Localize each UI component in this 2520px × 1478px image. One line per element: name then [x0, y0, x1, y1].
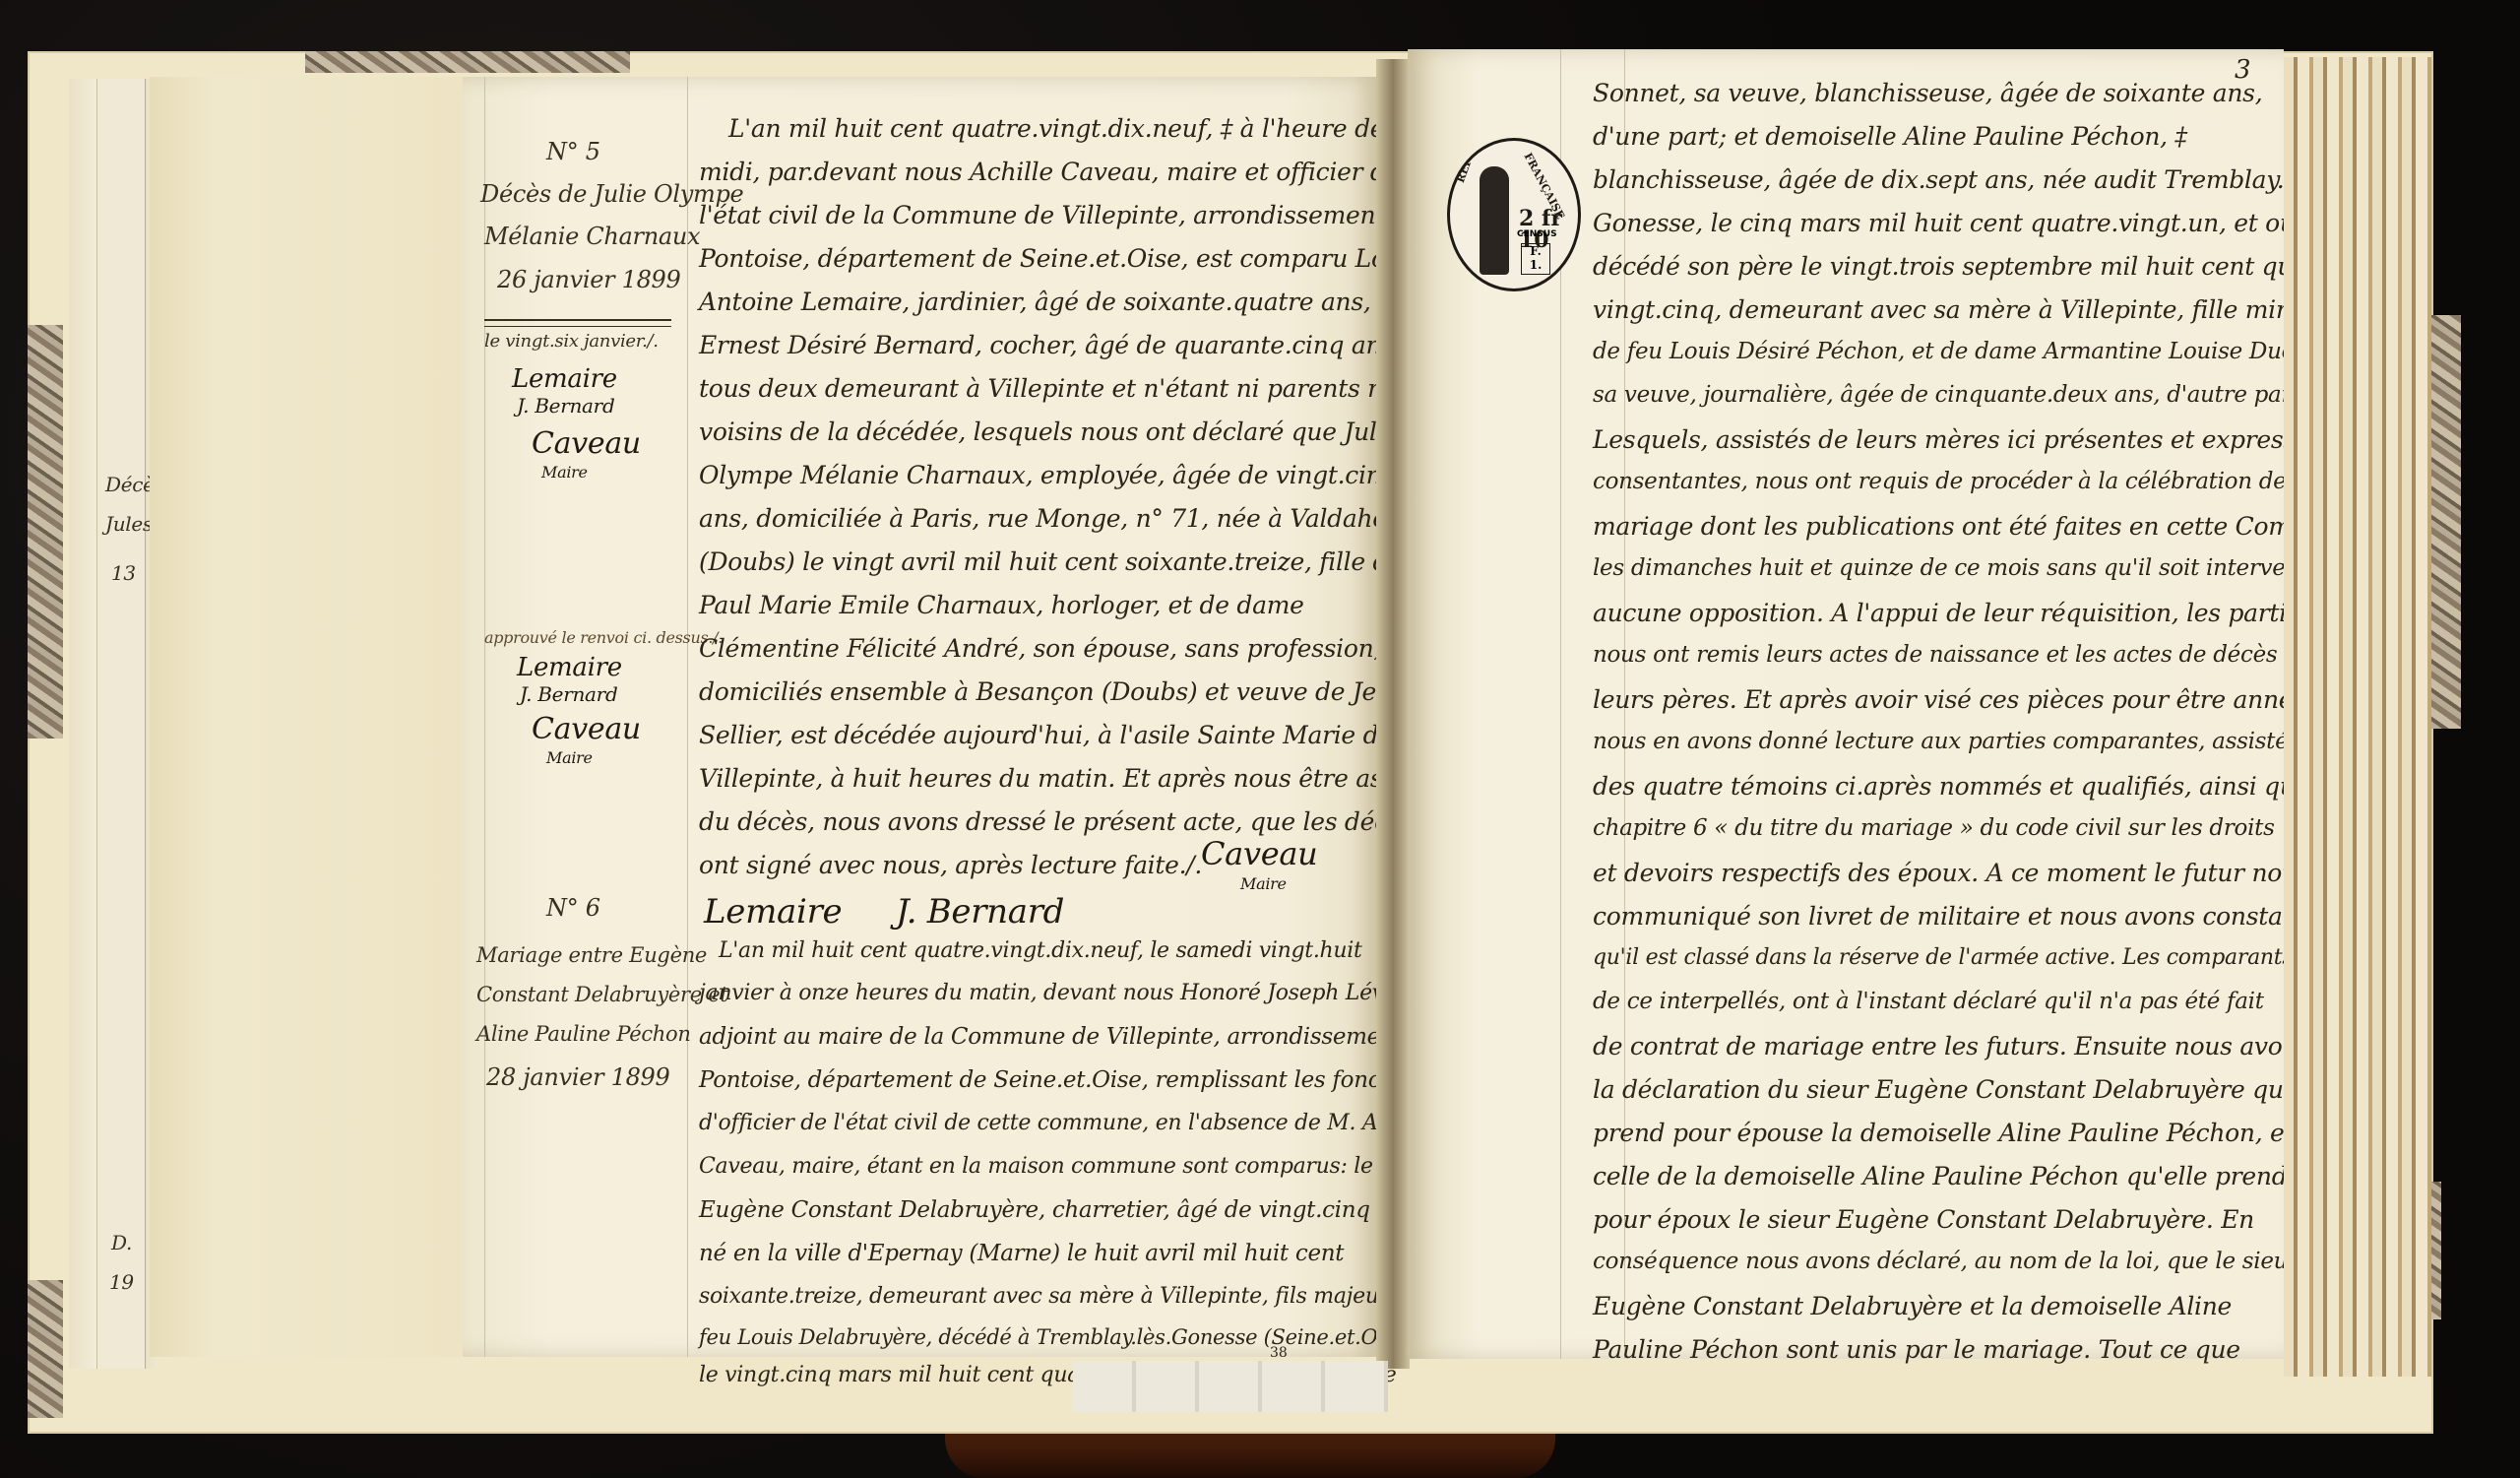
signature-bernard: J. Bernard: [517, 394, 614, 418]
stamp-subtext: CENSUS: [1517, 229, 1557, 239]
text-line: Caveau, maire, étant en la maison commun…: [699, 1154, 1433, 1179]
blank-flyleaf: [150, 77, 474, 1357]
marbled-cover-left-bottom: [28, 1280, 63, 1418]
act-title-line: Mélanie Charnaux: [484, 223, 700, 250]
margin-note: le vingt.six janvier./.: [484, 331, 659, 352]
marbled-cover-left: [28, 325, 63, 739]
text-line: sa veuve, journalière, âgée de cinquante…: [1593, 382, 2307, 408]
act-title-line: Constant Delabruyère et: [476, 983, 728, 1006]
text-line: ans, domiciliée à Paris, rue Monge, n° 7…: [699, 504, 1403, 533]
text-line: décédé son père le vingt.trois septembre…: [1593, 252, 2350, 281]
approval-note: approuvé le renvoi ci. dessus./.: [484, 628, 723, 647]
text-line: de ce interpellés, ont à l'instant décla…: [1593, 989, 2264, 1014]
marbled-cover-top-left: [305, 51, 630, 73]
stub-text: D.: [111, 1231, 132, 1254]
text-line: vingt.cinq, demeurant avec sa mère à Vil…: [1593, 295, 2347, 324]
text-line: du décès, nous avons dressé le présent a…: [699, 807, 1473, 836]
text-line: aucune opposition. A l'appui de leur réq…: [1593, 599, 2313, 627]
divider-line: [484, 319, 671, 321]
text-line: Lesquels, assistés de leurs mères ici pr…: [1593, 425, 2372, 454]
signature-caveau: Caveau: [532, 712, 641, 746]
signature-maire: Maire: [546, 748, 593, 767]
stamp-box: F. 1.: [1521, 243, 1550, 275]
page-tabs-bottom: [1073, 1361, 1388, 1412]
text-line: consentantes, nous ont requis de procéde…: [1593, 469, 2338, 494]
text-line: janvier à onze heures du matin, devant n…: [699, 981, 1443, 1005]
act-title-line: Mariage entre Eugène: [476, 943, 707, 967]
margin-rule: [484, 77, 485, 1357]
stub-number: 19: [109, 1270, 134, 1294]
text-line: chapitre 6 « du titre du mariage » du co…: [1593, 815, 2275, 841]
margin-rule: [687, 77, 688, 1357]
stub-strip: Décè Jules 13 D. 19: [96, 79, 146, 1369]
text-line: des quatre témoins ci.après nommés et qu…: [1593, 772, 2348, 801]
text-line: Villepinte, à huit heures du matin. Et a…: [699, 764, 1436, 793]
text-line: adjoint au maire de la Commune de Villep…: [699, 1024, 1437, 1050]
text-line: qu'il est classé dans la réserve de l'ar…: [1593, 945, 2299, 970]
signature-caveau: Caveau: [532, 426, 641, 461]
text-line: blanchisseuse, âgée de dix.sept ans, née…: [1593, 165, 2326, 194]
text-line: nous ont remis leurs actes de naissance …: [1593, 642, 2311, 668]
text-line: d'une part; et demoiselle Aline Pauline …: [1593, 122, 2187, 151]
text-line: ont signé avec nous, après lecture faite…: [699, 851, 1202, 879]
text-line: Antoine Lemaire, jardinier, âgé de soixa…: [699, 288, 1402, 316]
text-line: Eugène Constant Delabruyère et la demois…: [1593, 1292, 2232, 1320]
act-date: 26 janvier 1899: [497, 266, 681, 293]
text-line: Olympe Mélanie Charnaux, employée, âgée …: [699, 461, 1397, 489]
act-date: 28 janvier 1899: [486, 1063, 670, 1091]
left-page-stub: Décè Jules 13 D. 19: [69, 79, 157, 1369]
signature-lemaire: Lemaire: [512, 364, 617, 394]
signature-lemaire: Lemaire: [517, 653, 622, 682]
text-line: nous en avons donné lecture aux parties …: [1593, 729, 2312, 754]
text-line: communiqué son livret de militaire et no…: [1593, 902, 2306, 931]
text-line: né en la ville d'Epernay (Marne) le huit…: [699, 1241, 1344, 1266]
text-line: feu Louis Delabruyère, décédé à Tremblay…: [699, 1325, 1414, 1349]
act-title-line: Aline Pauline Péchon: [476, 1022, 691, 1046]
marianne-justice-icon: [1480, 166, 1509, 275]
folio-mark: 38: [1270, 1345, 1288, 1361]
text-line: l'état civil de la Commune de Villepinte…: [699, 201, 1422, 229]
book-gutter: [1376, 59, 1410, 1369]
signature-bernard: J. Bernard: [896, 892, 1064, 932]
text-line: et devoirs respectifs des époux. A ce mo…: [1593, 859, 2332, 887]
stub-number: 13: [111, 561, 136, 585]
act-number: N° 5: [546, 138, 600, 165]
act-number: N° 6: [546, 894, 600, 922]
page-fore-edge: [2284, 57, 2431, 1377]
signature-maire: Maire: [541, 463, 588, 482]
stub-text: Décè: [105, 473, 155, 496]
text-line: Paul Marie Emile Charnaux, horloger, et …: [699, 591, 1304, 619]
fiscal-stamp: RÉPUBLIQUE FRANÇAISE 2 fr 10 CENSUS F. 1…: [1447, 138, 1581, 291]
text-line: de contrat de mariage entre les futurs. …: [1593, 1032, 2372, 1060]
text-line: conséquence nous avons déclaré, au nom d…: [1593, 1249, 2299, 1274]
text-line: Sellier, est décédée aujourd'hui, à l'as…: [699, 721, 1393, 749]
signature-bernard: J. Bernard: [520, 682, 617, 706]
signature-caveau: Caveau: [1201, 835, 1317, 872]
text-line: soixante.treize, demeurant avec sa mère …: [699, 1284, 1421, 1309]
text-line: Eugène Constant Delabruyère, charretier,…: [699, 1197, 1422, 1223]
stub-text: Jules: [105, 512, 153, 536]
text-line: midi, par.devant nous Achille Caveau, ma…: [699, 158, 1400, 186]
text-line: L'an mil huit cent quatre.vingt.dix.neuf…: [719, 938, 1362, 963]
text-line: Gonesse, le cinq mars mil huit cent quat…: [1593, 209, 2339, 237]
divider-line: [484, 326, 671, 327]
text-line: voisins de la décédée, lesquels nous ont…: [699, 418, 1399, 446]
text-line: Pontoise, département de Seine.et.Oise, …: [699, 1067, 1435, 1093]
text-line: (Doubs) le vingt avril mil huit cent soi…: [699, 547, 1403, 576]
text-line: L'an mil huit cent quatre.vingt.dix.neuf…: [728, 114, 1384, 143]
text-line: de feu Louis Désiré Péchon, et de dame A…: [1593, 339, 2351, 364]
text-line: leurs pères. Et après avoir visé ces piè…: [1593, 685, 2355, 714]
text-line: Pontoise, département de Seine.et.Oise, …: [699, 244, 1421, 273]
text-line: Pauline Péchon sont unis par le mariage.…: [1593, 1335, 2240, 1364]
text-line: les dimanches huit et quinze de ce mois …: [1593, 555, 2314, 581]
signature-maire: Maire: [1240, 874, 1287, 893]
text-line: la déclaration du sieur Eugène Constant …: [1593, 1075, 2305, 1104]
text-line: Clémentine Félicité André, son épouse, s…: [699, 634, 1381, 663]
text-line: Sonnet, sa veuve, blanchisseuse, âgée de…: [1593, 79, 2262, 107]
left-register-page: N° 5 Décès de Julie Olympe Mélanie Charn…: [463, 77, 1378, 1357]
text-line: domiciliés ensemble à Besançon (Doubs) e…: [699, 677, 1406, 706]
text-line: d'officier de l'état civil de cette comm…: [699, 1111, 1435, 1135]
signature-lemaire: Lemaire: [704, 892, 842, 932]
text-line: mariage dont les publications ont été fa…: [1593, 512, 2360, 541]
text-line: tous deux demeurant à Villepinte et n'ét…: [699, 374, 1391, 403]
text-line: Ernest Désiré Bernard, cocher, âgé de qu…: [699, 331, 1401, 359]
text-line: celle de la demoiselle Aline Pauline Péc…: [1593, 1162, 2287, 1190]
text-line: pour époux le sieur Eugène Constant Dela…: [1593, 1205, 2254, 1234]
text-line: prend pour épouse la demoiselle Aline Pa…: [1593, 1119, 2294, 1147]
